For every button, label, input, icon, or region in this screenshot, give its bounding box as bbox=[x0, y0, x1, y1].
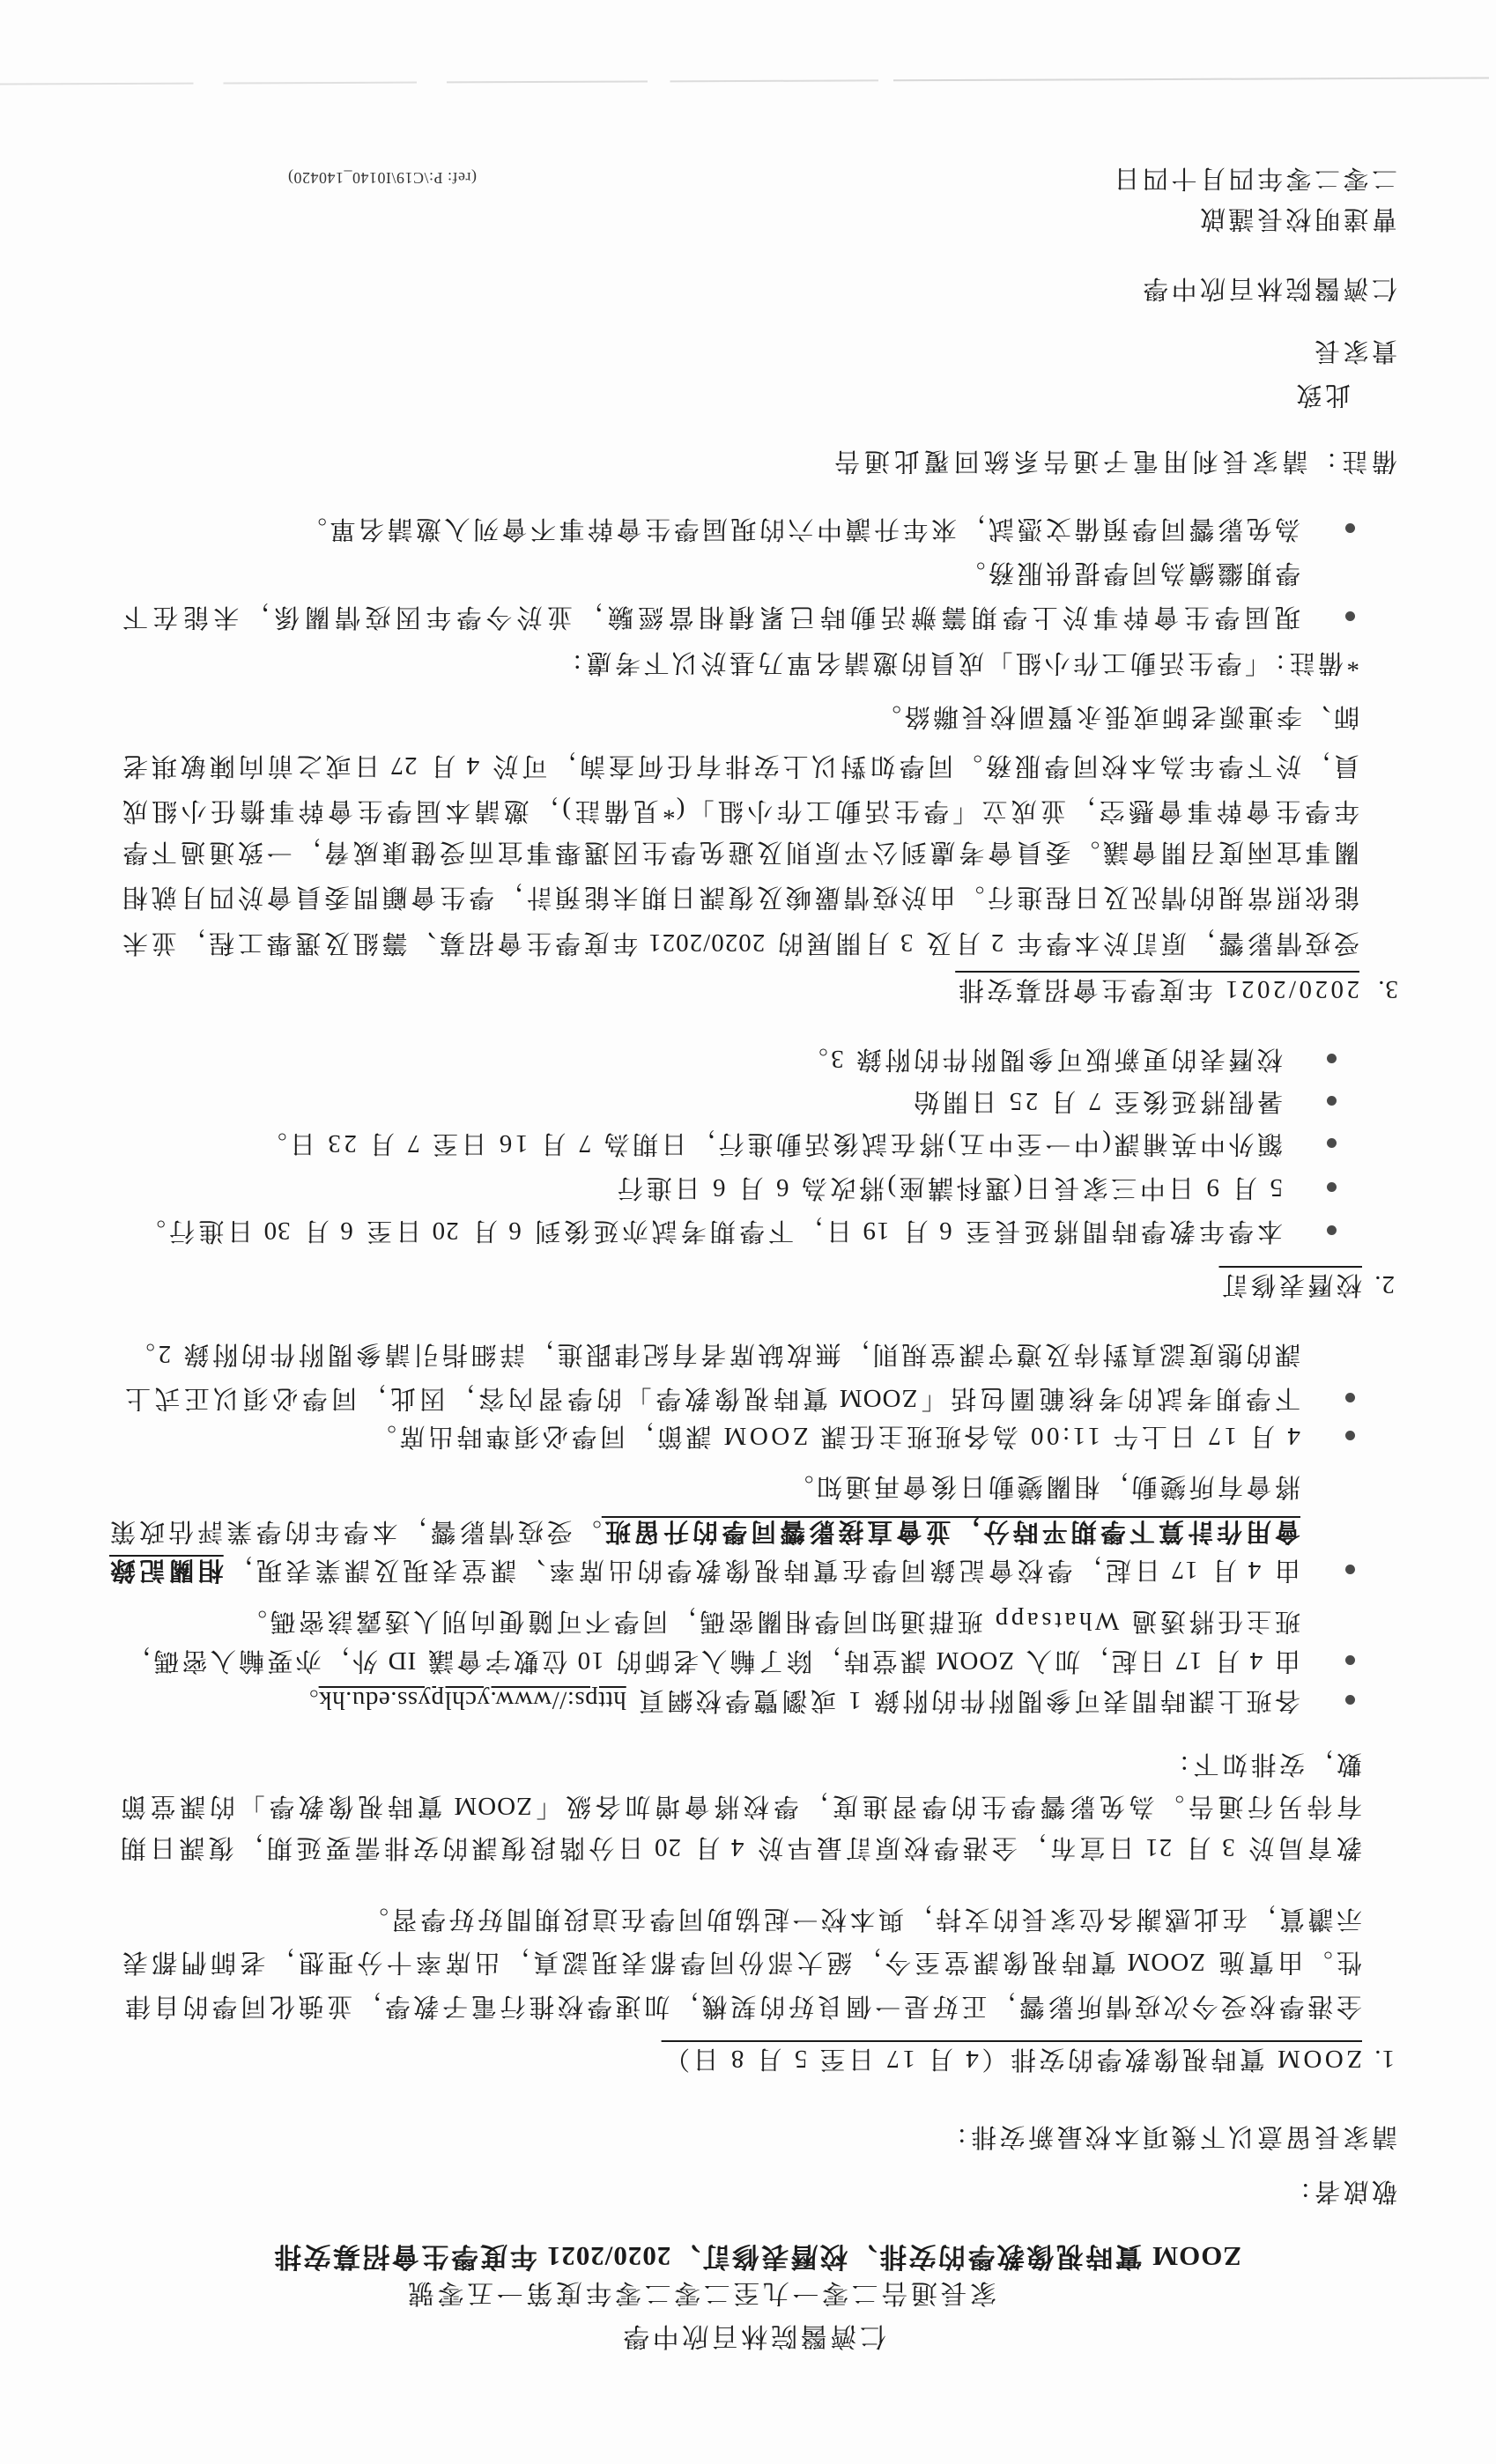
emphasis-text: 會用作計算下學期平時分，並會直接影響同學的升留班 bbox=[602, 1517, 1300, 1545]
paragraph-line: 受疫情影響，原訂於本學年 2 月及 3 月開展的 2020/2021 年度學生會… bbox=[122, 925, 1359, 960]
paragraph-line: 員，於下學年為本校同學服務。同學如對以上安排有任何查詢，可於 4 月 27 日或… bbox=[122, 748, 1359, 783]
bullet-icon bbox=[1345, 611, 1355, 621]
paragraph-line: 示讚賞，在此感謝各位家長的支持，與本校一起協助同學在這段期間好好學習。 bbox=[359, 1901, 1362, 1936]
paragraph-line: 數，安排如下： bbox=[1161, 1746, 1362, 1781]
bullet-icon bbox=[1327, 1138, 1337, 1148]
bullet-line: 校曆表的更新版可參閱附件的附錄 3。 bbox=[799, 1041, 1283, 1077]
emphasis-text: 相關記錄 bbox=[109, 1556, 224, 1584]
paragraph-line: 性。由實施 ZOOM 實時視像課堂至今，絕大部份同學都表現認真，出席率十分理想，… bbox=[122, 1944, 1362, 1979]
bullet-text: 由 4 月 17 日起，學校會記錄同學在實時視像教學的出席率、課堂表現及課業表現… bbox=[224, 1556, 1300, 1584]
bullet-icon bbox=[1327, 1225, 1337, 1235]
paragraph-line: 師、李連源老師或張永賢副校長聯絡。 bbox=[872, 699, 1359, 734]
bullet-line: 額外中英補課(中一至中五)將在試後活動進行，日期為 7 月 16 日至 7 月 … bbox=[258, 1126, 1283, 1161]
closing-regards: 此致 bbox=[1293, 377, 1351, 412]
salutation: 敬啟者： bbox=[1283, 2173, 1397, 2209]
file-reference: (ref: P:\C19\I0140_140420) bbox=[288, 160, 477, 196]
bullet-line: 將會有所變動，相關變動日後會再通知。 bbox=[785, 1469, 1300, 1504]
signature-signatory: 曹達明校長謹啟 bbox=[1196, 201, 1397, 236]
bullet-icon bbox=[1327, 1054, 1337, 1063]
bullet-line: 班主任將透過 Whatsapp 班群通知同學相關密碼，同學不可隨便向別人透露該密… bbox=[239, 1603, 1300, 1639]
signature-date: 二零二零年四月十四日 bbox=[1111, 160, 1397, 196]
bullet-line: 學期繼續為同學提供服務。 bbox=[957, 555, 1300, 590]
bullet-line: 會用作計算下學期平時分，並會直接影響同學的升留班。受疫情影響，本學年的學業評估政… bbox=[109, 1513, 1300, 1549]
section-heading-student-union: 2020/2021 年度學生會招募安排 bbox=[955, 972, 1359, 1007]
bullet-line: 由 4 月 17 日起，學校會記錄同學在實時視像教學的出席率、課堂表現及課業表現… bbox=[109, 1552, 1300, 1587]
paragraph-line: 年學生會幹事會懸空，並成立「學生活動工作小組」(*見備註)，邀請本屆學生會幹事擔… bbox=[122, 793, 1359, 828]
bullet-line: 4 月 17 日上午 11:00 為各班班主任課 ZOOM 課節，同學必須準時出… bbox=[367, 1418, 1300, 1454]
bullet-line: 本學年教學時間將延長至 6 月 19 日，下學期考試亦延後到 6 月 20 日至… bbox=[139, 1213, 1283, 1248]
bullet-icon bbox=[1345, 1695, 1355, 1705]
scanned-parent-notice-page: 仁濟醫院林百欣中學 家長通告二零一九至二零二零年度第一五零號 ZOOM 實時視像… bbox=[0, 0, 1496, 2464]
bullet-icon bbox=[1345, 1655, 1355, 1665]
paragraph-line: 教育局於 3 月 21 日宣布，全港學校原訂最早於 4 月 20 日分階段復課的… bbox=[120, 1830, 1362, 1865]
closing-recipient: 貴家長 bbox=[1311, 333, 1397, 368]
bullet-text: 各班上課時間表可參閱附件的附錄 1 或瀏覽學校網頁 bbox=[626, 1686, 1300, 1714]
section-heading-zoom-arrangement: ZOOM 實時視像教學的安排（4 月 17 日至 5 月 8 日） bbox=[662, 2041, 1362, 2076]
paragraph-line: 關事宜兩度召開會議。委員會考慮到公平原則及避免學生因選舉事宜而受健康威脅，一致通… bbox=[122, 834, 1359, 869]
section-number: 2. bbox=[1374, 1267, 1395, 1302]
bullet-line: 5 月 9 日中三家長日(選科講座)將改為 6 月 6 日進行 bbox=[614, 1170, 1283, 1205]
school-website-link[interactable]: https://www.ychlpyss.edu.hk bbox=[319, 1686, 626, 1714]
bullet-text: 。 bbox=[290, 1686, 319, 1714]
section-heading-calendar-revision: 校曆表修訂 bbox=[1218, 1267, 1362, 1302]
bullet-icon bbox=[1345, 1431, 1355, 1440]
bullet-line: 為免影響同學預備文憑試，來年升讀中六的現屆學生會幹事不會列入邀請名單。 bbox=[298, 511, 1300, 546]
signature-school: 仁濟醫院林百欣中學 bbox=[1139, 270, 1397, 306]
paragraph-line: 能依照常規的情況及日程進行。由於疫情嚴峻及復課日期未能預計，學生會顧問委員會於四… bbox=[122, 879, 1359, 914]
bullet-line: 下學期考試的考核範圍包括「ZOOM 實時視像教學」的學習內容，因此，同學必須以正… bbox=[124, 1380, 1300, 1416]
reply-note: 備註：請家長利用電子通告系統回覆此通告 bbox=[833, 443, 1397, 478]
paragraph-line: 有待另行通告。為免影響學生的學習進度，學校將會增加各級「ZOOM 實時視像教學」… bbox=[120, 1788, 1362, 1824]
bullet-line: 暑假將延後至 7 月 25 日開始 bbox=[911, 1084, 1283, 1119]
scan-artifact-line bbox=[0, 77, 1489, 85]
paragraph-line: 全港學校受今次疫情所影響，正好是一個良好的契機，加速學校推行電子教學，並強化同學… bbox=[124, 1988, 1362, 2024]
bullet-text: 。受疫情影響，本學年的學業評估政策 bbox=[109, 1517, 602, 1545]
notice-title: ZOOM 實時視像教學的安排、校曆表修訂、2020/2021 年度學生會招募安排 bbox=[273, 2238, 1241, 2274]
bullet-line: 現屆學生會幹事於上學期籌辦活動時已累積相當經驗，並於今學年因疫情關係，未能在下 bbox=[122, 599, 1300, 634]
notice-number: 家長通告二零一九至二零二零年度第一五零號 bbox=[407, 2275, 996, 2310]
bullet-icon bbox=[1345, 523, 1355, 533]
section-number: 1. bbox=[1374, 2041, 1395, 2076]
bullet-icon bbox=[1345, 1565, 1355, 1574]
bullet-icon bbox=[1327, 1182, 1337, 1192]
bullet-icon bbox=[1327, 1096, 1337, 1106]
bullet-line: 由 4 月 17 日起，加入 ZOOM 課堂時，除了輸入老師的 10 位數字會議… bbox=[124, 1643, 1300, 1678]
intro-text: 請家長留意以下幾項本校最新安排： bbox=[939, 2119, 1397, 2154]
school-name-header: 仁濟醫院林百欣中學 bbox=[622, 2318, 886, 2353]
bullet-line: 課的態度認真對待及遵守課堂規則，無故缺席者有紀律跟進，詳細指引請參閱附件的附錄 … bbox=[129, 1336, 1300, 1372]
remarks-heading: *備註：「學生活動工作小組」成員的邀請名單乃基於以下考慮： bbox=[554, 645, 1359, 680]
bullet-line: 各班上課時間表可參閱附件的附錄 1 或瀏覽學校網頁 https://www.yc… bbox=[290, 1683, 1300, 1718]
section-number: 3. bbox=[1377, 972, 1398, 1007]
bullet-icon bbox=[1345, 1393, 1355, 1402]
